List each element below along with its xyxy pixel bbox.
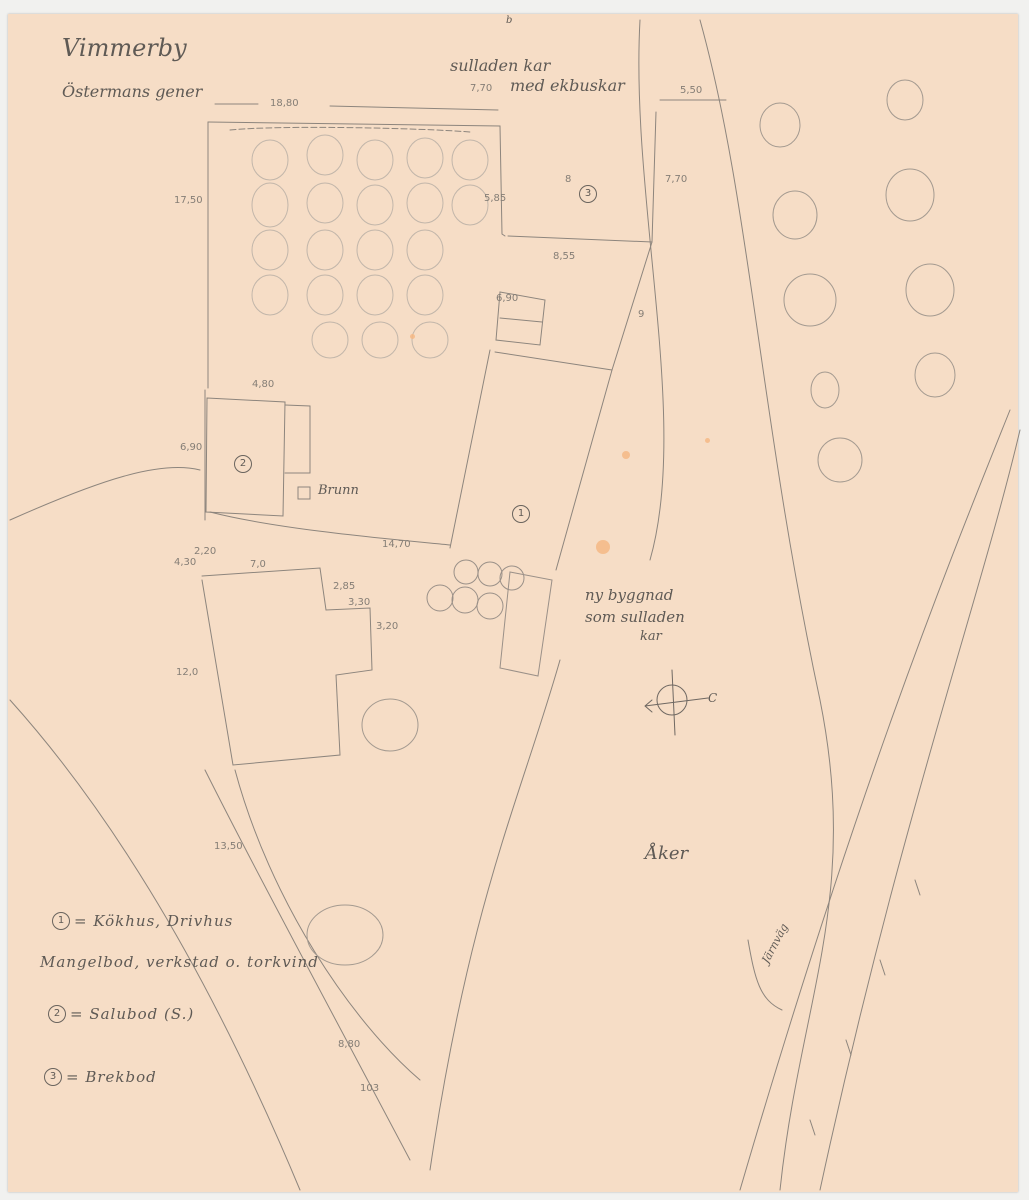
field-label: Åker	[645, 845, 688, 863]
legend-item-2: 2 = Salubod (S.)	[48, 1005, 194, 1023]
note-side-line1: ny byggnad	[585, 588, 673, 603]
dim-top-right: 5,50	[680, 86, 702, 96]
dim-building2-width: 4,80	[252, 380, 274, 390]
dim-building2-height: 6,90	[180, 443, 202, 453]
building-1-marker: 1	[512, 505, 530, 523]
dim-mid-width: 8,55	[553, 252, 575, 262]
legend-item-1: 1 = Kökhus, Drivhus	[52, 912, 233, 930]
dim-path-length: 14,70	[382, 540, 411, 550]
dim-gap-b: 4,30	[174, 558, 196, 568]
dim-step-c: 3,20	[376, 622, 398, 632]
dim-right-side: 9	[638, 310, 644, 320]
note-prefix: 7,70	[470, 84, 492, 94]
dim-right-upper: 7,70	[665, 175, 687, 185]
dim-left-upper: 17,50	[174, 196, 203, 206]
compass-label: C	[708, 692, 717, 704]
building-2-marker: 2	[234, 455, 252, 473]
legend-item-3: 3 = Brekbod	[44, 1068, 157, 1086]
legend-item-1-cont: Mangelbod, verkstad o. torkvind	[40, 953, 319, 971]
dim-label-8: 8	[565, 175, 571, 185]
legend-number-3: 3	[44, 1068, 62, 1086]
note-side-line3: kar	[640, 630, 662, 643]
dim-gap-a: 2,20	[194, 547, 216, 557]
building-3-marker: 3	[579, 185, 597, 203]
dim-step-b: 3,30	[348, 598, 370, 608]
legend-text-1-cont: Mangelbod, verkstad o. torkvind	[40, 953, 319, 971]
legend-text-2: = Salubod (S.)	[70, 1005, 194, 1023]
dim-bottom-b: 103	[360, 1084, 379, 1094]
dim-right-small: 5,85	[484, 194, 506, 204]
dim-lower-left: 12,0	[176, 668, 198, 678]
dim-lower-width: 7,0	[250, 560, 266, 570]
legend-number-1: 1	[52, 912, 70, 930]
legend-text-3: = Brekbod	[66, 1068, 157, 1086]
note-side-line2: som sulladen	[585, 610, 685, 625]
dim-step-a: 2,85	[333, 582, 355, 592]
stain	[596, 540, 610, 554]
dim-bottom-left: 13,50	[214, 842, 243, 852]
dim-bottom-a: 8,80	[338, 1040, 360, 1050]
well-label: Brunn	[318, 484, 359, 497]
page-marker: b	[506, 16, 512, 26]
dim-small-shed: 6,90	[496, 294, 518, 304]
dim-top-width: 18,80	[270, 99, 299, 109]
stain	[705, 438, 710, 443]
stain	[410, 334, 415, 339]
note-sulladen-line2: med ekbuskar	[510, 78, 625, 94]
map-title: Vimmerby	[62, 36, 187, 60]
stain	[622, 451, 630, 459]
legend-number-2: 2	[48, 1005, 66, 1023]
note-sulladen-line1: sulladen kar	[450, 58, 550, 74]
map-subtitle: Östermans gener	[62, 84, 202, 100]
legend-text-1: = Kökhus, Drivhus	[74, 912, 233, 930]
